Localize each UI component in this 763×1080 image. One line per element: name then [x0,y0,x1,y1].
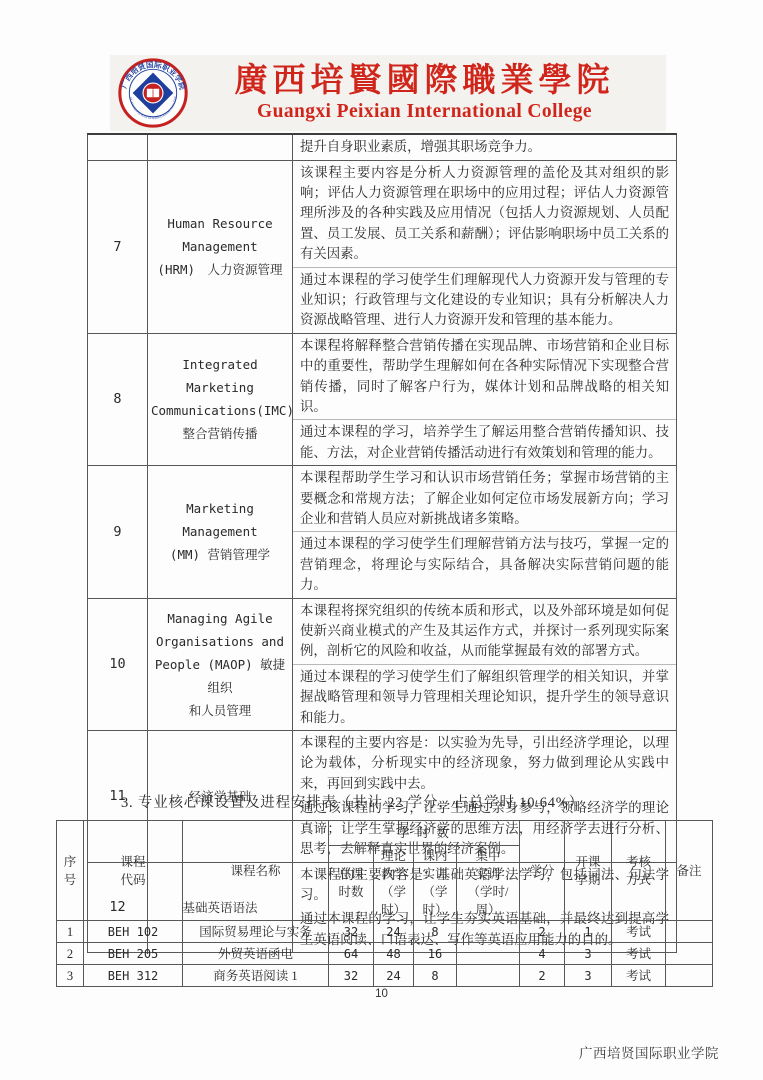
core-course-schedule-table: 序号 课程 代码 课程名称 学 时 数 学分 开课 学期 考核 方式 备注 总课… [56,820,713,987]
remarks [666,921,713,943]
remarks [666,943,713,965]
semester: 3 [565,965,612,987]
schedule-row: 3BEH 312商务英语阅读 13224823考试 [57,965,713,987]
college-name-en: Guangxi Peixian International College [191,101,658,122]
schedule-table-body: 1BEH 102国际贸易理论与实务3224821考试2BEH 205外贸英语函电… [57,921,713,987]
concentrated-hours [457,943,520,965]
course-description: 本课程帮助学生学习和认识市场营销任务；掌握市场营销的主要概念和常规方法；了解企业… [293,466,677,598]
semester: 1 [565,921,612,943]
course-description: 本课程将探究组织的传统本质和形式，以及外部环境是如何促使新兴商业模式的产生及其运… [293,598,677,730]
college-titles: 廣西培賢國際職業學院 Guangxi Peixian International… [191,63,666,122]
course-desc-paragraph: 通过本课程的学习，培养学生了解运用整合营销传播知识、技能、方法，对企业营销传播活… [293,419,676,465]
course-desc-paragraph: 提升自身职业素质，增强其职场竞争力。 [293,135,676,159]
total-hours: 32 [329,921,374,943]
college-seal-icon: 广西培贤国际职业学院 GUANGXI PEIXIAN INTERNATIONAL… [115,57,191,129]
course-code: BEH 312 [84,965,183,987]
course-name: 国际贸易理论与实务 [183,921,329,943]
credits: 2 [520,965,565,987]
college-header-banner: 广西培贤国际职业学院 GUANGXI PEIXIAN INTERNATIONAL… [110,55,666,131]
course-row: 10Managing AgileOrganisations andPeople … [88,598,677,730]
total-hours: 32 [329,965,374,987]
footer-college-name: 广西培贤国际职业学院 [579,1042,719,1062]
col-header-no: 序号 [57,821,84,921]
course-no: 8 [88,333,148,465]
section-title: 3. 专业核心课设置及进程安排表（共计 22 学分，占总学时 10.64%） [121,791,584,812]
course-no [88,134,148,160]
course-name [148,134,293,160]
col-header-hours-group: 学 时 数 [329,821,520,846]
course-desc-paragraph: 本课程将探究组织的传统本质和形式，以及外部环境是如何促使新兴商业模式的产生及其运… [293,599,676,664]
assessment: 考试 [612,921,666,943]
col-header-concentrated-hours: 集中 实训 （学时/ 周） [457,846,520,921]
course-code: BEH 102 [84,921,183,943]
course-row: 7Human ResourceManagement(HRM) 人力资源管理该课程… [88,160,677,333]
col-header-code: 课程 代码 [84,821,183,921]
course-desc-paragraph: 本课程帮助学生学习和认识市场营销任务；掌握市场营销的主要概念和常规方法；了解企业… [293,466,676,531]
course-description: 该课程主要内容是分析人力资源管理的盖伦及其对组织的影响；评估人力资源管理在职场中… [293,160,677,333]
course-name: Marketing Management(MM) 营销管理学 [148,466,293,598]
course-no: 9 [88,466,148,598]
semester: 3 [565,943,612,965]
college-logo: 广西培贤国际职业学院 GUANGXI PEIXIAN INTERNATIONAL… [115,57,191,129]
col-header-semester: 开课 学期 [565,821,612,921]
course-name: 外贸英语函电 [183,943,329,965]
course-row: 9Marketing Management(MM) 营销管理学本课程帮助学生学习… [88,466,677,598]
course-row: 8Integrated MarketingCommunications(IMC)… [88,333,677,465]
practice-hours: 8 [414,965,457,987]
row-no: 1 [57,921,84,943]
practice-hours: 8 [414,921,457,943]
row-no: 3 [57,965,84,987]
theory-hours: 24 [374,965,414,987]
col-header-name: 课程名称 [183,821,329,921]
credits: 4 [520,943,565,965]
assessment: 考试 [612,943,666,965]
schedule-row: 1BEH 102国际贸易理论与实务3224821考试 [57,921,713,943]
practice-hours: 16 [414,943,457,965]
page-number: 10 [0,988,763,1000]
course-desc-paragraph: 通过本课程的学习使学生们理解现代人力资源开发与管理的专业知识；行政管理与文化建设… [293,267,676,333]
course-code: BEH 205 [84,943,183,965]
college-name-zh: 廣西培賢國際職業學院 [191,63,658,101]
schedule-row: 2BEH 205外贸英语函电64481643考试 [57,943,713,965]
credits: 2 [520,921,565,943]
open-book-icon [147,89,159,98]
course-no: 7 [88,160,148,333]
course-name: Integrated MarketingCommunications(IMC)整… [148,333,293,465]
concentrated-hours [457,921,520,943]
col-header-total-hours: 总课 时数 [329,846,374,921]
course-desc-paragraph: 本课程将解释整合营销传播在实现品牌、市场营销和企业目标中的重要性，帮助学生理解如… [293,334,676,420]
course-desc-paragraph: 该课程主要内容是分析人力资源管理的盖伦及其对组织的影响；评估人力资源管理在职场中… [293,161,676,267]
course-description: 提升自身职业素质，增强其职场竞争力。 [293,134,677,160]
remarks [666,965,713,987]
course-name: Human ResourceManagement(HRM) 人力资源管理 [148,160,293,333]
course-desc-paragraph: 通过本课程的学习使学生们了解组织管理学的相关知识，并掌握战略管理和领导力管理相关… [293,664,676,730]
course-description: 本课程将解释整合营销传播在实现品牌、市场营销和企业目标中的重要性，帮助学生理解如… [293,333,677,465]
course-desc-paragraph: 本课程的主要内容是：以实验为先导，引出经济学理论，以理论为载体，分析现实中的经济… [293,731,676,796]
total-hours: 64 [329,943,374,965]
col-header-theory-hours: 理论 教学 （学 时） [374,846,414,921]
theory-hours: 48 [374,943,414,965]
course-desc-paragraph: 通过本课程的学习使学生们理解营销方法与技巧，掌握一定的营销理念，将理论与实际结合… [293,531,676,597]
course-name: 商务英语阅读 1 [183,965,329,987]
col-header-practice-hours: 课内 实训 （学 时） [414,846,457,921]
row-no: 2 [57,943,84,965]
course-row: 提升自身职业素质，增强其职场竞争力。 [88,134,677,160]
col-header-remarks: 备注 [666,821,713,921]
concentrated-hours [457,965,520,987]
course-name: Managing AgileOrganisations andPeople (M… [148,598,293,730]
col-header-assessment: 考核 方式 [612,821,666,921]
col-header-credits: 学分 [520,821,565,921]
assessment: 考试 [612,965,666,987]
course-no: 10 [88,598,148,730]
theory-hours: 24 [374,921,414,943]
